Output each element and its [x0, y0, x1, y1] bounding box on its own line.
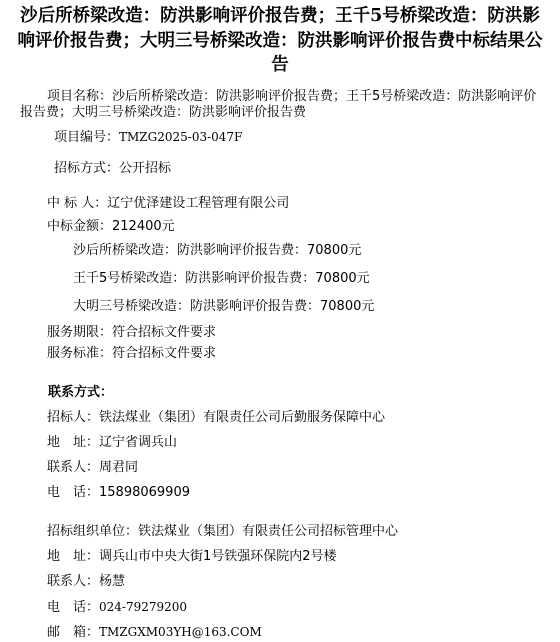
agency-address-line: 地 址：调兵山市中央大街1号铁强环保院内2号楼 [47, 549, 337, 565]
project-number-label: 项目编号： [54, 130, 119, 145]
award-item-label: 大明三号桥梁改造：防洪影响评价报告费： [73, 299, 320, 314]
award-item-value: 70800元 [307, 243, 361, 258]
tender-method-line: 招标方式：公开招标 [54, 161, 171, 177]
agency-person-value: 杨慧 [99, 574, 125, 589]
award-item-2: 王千5号桥梁改造：防洪影响评价报告费：70800元 [73, 271, 370, 287]
tender-method-value: 公开招标 [119, 161, 171, 176]
agency-phone-label: 电 话： [47, 600, 99, 615]
project-name-label: 项目名称： [47, 89, 112, 104]
project-number-value: TMZG2025-03-047F [119, 130, 242, 144]
winner-line: 中 标 人：辽宁优泽建设工程管理有限公司 [47, 196, 289, 212]
tenderer-address-value: 辽宁省调兵山 [99, 435, 177, 450]
service-standard-label: 服务标准： [47, 346, 112, 361]
agency-email-value[interactable]: TMZGXM03YH@163.COM [99, 625, 262, 639]
agency-phone-line: 电 话：024-79279200 [47, 599, 187, 616]
service-period-value: 符合招标文件要求 [112, 325, 216, 340]
agency-email-label: 邮 箱： [47, 625, 99, 640]
award-item-label: 沙后所桥梁改造：防洪影响评价报告费： [73, 243, 307, 258]
winner-label: 中 标 人： [47, 196, 107, 211]
agency-label: 招标组织单位： [47, 524, 138, 539]
award-item-value: 70800元 [315, 271, 369, 286]
announcement-title: 沙后所桥梁改造：防洪影响评价报告费；王千5号桥梁改造：防洪影响评价报告费；大明三… [14, 4, 546, 78]
award-item-label: 王千5号桥梁改造：防洪影响评价报告费： [73, 271, 315, 286]
contact-heading: 联系方式： [48, 385, 113, 401]
award-item-3: 大明三号桥梁改造：防洪影响评价报告费：70800元 [73, 299, 374, 315]
tenderer-phone-value: 15898069909 [99, 485, 190, 500]
tenderer-line: 招标人：铁法煤业（集团）有限责任公司后勤服务保障中心 [47, 410, 385, 426]
agency-line: 招标组织单位：铁法煤业（集团）有限责任公司招标管理中心 [47, 524, 398, 540]
tender-method-label: 招标方式： [54, 161, 119, 176]
service-period-label: 服务期限： [47, 325, 112, 340]
tenderer-phone-line: 电 话：15898069909 [47, 485, 190, 501]
tenderer-label: 招标人： [47, 410, 99, 425]
agency-phone-value: 024-79279200 [99, 600, 187, 614]
service-standard-line: 服务标准：符合招标文件要求 [47, 346, 216, 362]
winner-value: 辽宁优泽建设工程管理有限公司 [107, 196, 289, 211]
project-name-line: 项目名称：沙后所桥梁改造：防洪影响评价报告费；王千5号桥梁改造：防洪影响评价报告… [20, 89, 540, 121]
agency-person-line: 联系人：杨慧 [47, 574, 125, 590]
award-item-1: 沙后所桥梁改造：防洪影响评价报告费：70800元 [73, 243, 361, 259]
agency-person-label: 联系人： [47, 574, 99, 589]
agency-email-line: 邮 箱：TMZGXM03YH@163.COM [47, 624, 262, 641]
tenderer-value: 铁法煤业（集团）有限责任公司后勤服务保障中心 [99, 410, 385, 425]
service-period-line: 服务期限：符合招标文件要求 [47, 325, 216, 341]
service-standard-value: 符合招标文件要求 [112, 346, 216, 361]
award-amount-line: 中标金额：212400元 [47, 219, 175, 235]
project-number-line: 项目编号：TMZG2025-03-047F [54, 129, 242, 146]
tenderer-address-label: 地 址： [47, 435, 99, 450]
tenderer-phone-label: 电 话： [47, 485, 99, 500]
award-item-value: 70800元 [320, 299, 374, 314]
agency-address-value: 调兵山市中央大街1号铁强环保院内2号楼 [99, 549, 337, 564]
award-amount-value: 212400元 [112, 219, 175, 234]
agency-value: 铁法煤业（集团）有限责任公司招标管理中心 [138, 524, 398, 539]
tenderer-address-line: 地 址：辽宁省调兵山 [47, 435, 177, 451]
tenderer-person-label: 联系人： [47, 460, 99, 475]
tenderer-person-value: 周君同 [99, 460, 138, 475]
award-amount-label: 中标金额： [47, 219, 112, 234]
tenderer-person-line: 联系人：周君同 [47, 460, 138, 476]
agency-address-label: 地 址： [47, 549, 99, 564]
